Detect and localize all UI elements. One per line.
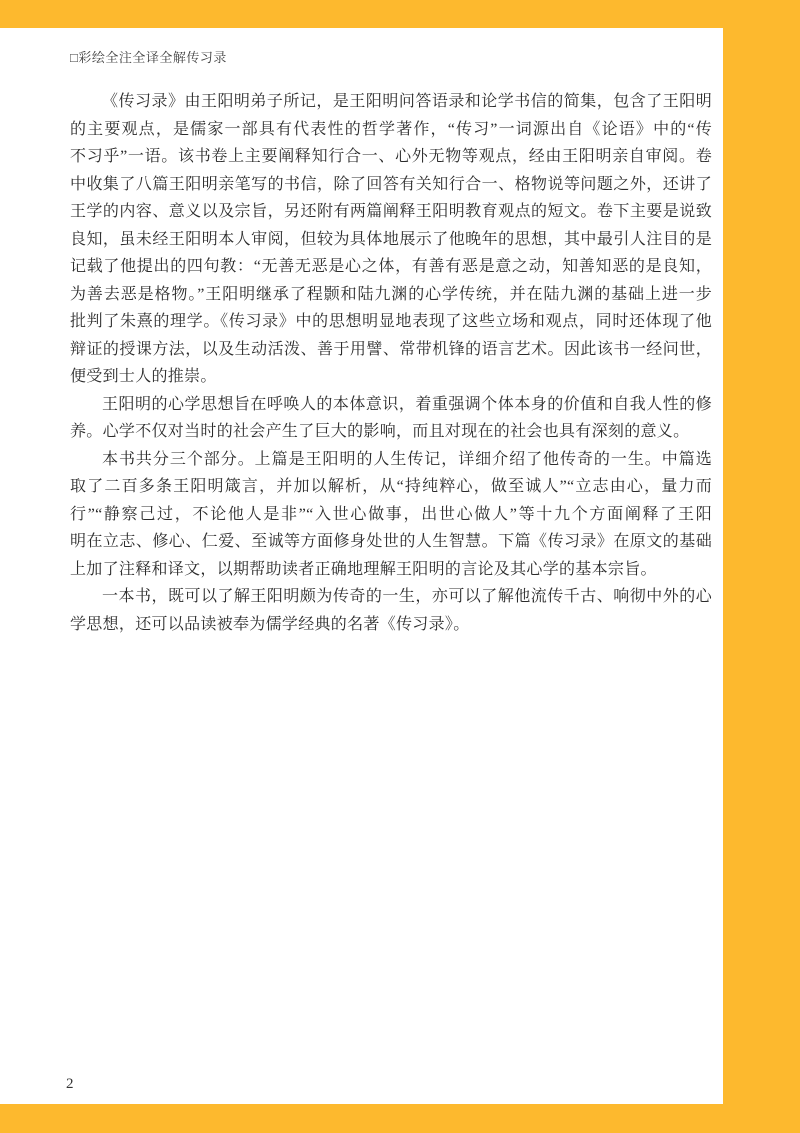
text-line: 养。心学不仅对当时的社会产生了巨大的影响，而且对现在的社会也具有深刻的意义。 <box>70 418 712 446</box>
text-line: 取了二百多条王阳明箴言，并加以解析，从“持纯粹心，做至诚人”“立志由心，量力而 <box>70 473 712 501</box>
text-line: 上加了注释和译文，以期帮助读者正确地理解王阳明的言论及其心学的基本宗旨。 <box>70 556 712 584</box>
text-line: 记载了他提出的四句教：“无善无恶是心之体，有善有恶是意之动，知善知恶的是良知， <box>70 253 712 281</box>
text-line: 辩证的授课方法，以及生动活泼、善于用譬、常带机锋的语言艺术。因此该书一经问世， <box>70 336 712 364</box>
text-line: 良知，虽未经王阳明本人审阅，但较为具体地展示了他晚年的思想，其中最引人注目的是 <box>70 226 712 254</box>
text-line: 不习乎”一语。该书卷上主要阐释知行合一、心外无物等观点，经由王阳明亲自审阅。卷 <box>70 143 712 171</box>
paragraph-summary: 一本书，既可以了解王阳明颇为传奇的一生，亦可以了解他流传千古、响彻中外的心 学思… <box>70 583 712 638</box>
book-page: □彩绘全注全译全解传习录 《传习录》由王阳明弟子所记，是王阳明问答语录和论学书信… <box>0 28 723 1104</box>
paragraph-xinxue: 王阳明的心学思想旨在呼唤人的本体意识，着重强调个体本身的价值和自我人性的修 养。… <box>70 391 712 446</box>
text-line: 王阳明的心学思想旨在呼唤人的本体意识，着重强调个体本身的价值和自我人性的修 <box>70 391 712 419</box>
text-line: 《传习录》由王阳明弟子所记，是王阳明问答语录和论学书信的简集，包含了王阳明 <box>70 88 712 116</box>
text-line: 便受到士人的推崇。 <box>70 363 712 391</box>
paragraph-intro: 《传习录》由王阳明弟子所记，是王阳明问答语录和论学书信的简集，包含了王阳明 的主… <box>70 88 712 391</box>
text-line: 行”“静察己过，不论他人是非”“入世心做事，出世心做人”等十九个方面阐释了王阳 <box>70 501 712 529</box>
text-line: 为善去恶是格物。”王阳明继承了程颢和陆九渊的心学传统，并在陆九渊的基础上进一步 <box>70 281 712 309</box>
text-line: 明在立志、修心、仁爱、至诚等方面修身处世的人生智慧。下篇《传习录》在原文的基础 <box>70 528 712 556</box>
paragraph-book-structure: 本书共分三个部分。上篇是王阳明的人生传记，详细介绍了他传奇的一生。中篇选 取了二… <box>70 446 712 584</box>
text-line: 一本书，既可以了解王阳明颇为传奇的一生，亦可以了解他流传千古、响彻中外的心 <box>70 583 712 611</box>
page-content: 《传习录》由王阳明弟子所记，是王阳明问答语录和论学书信的简集，包含了王阳明 的主… <box>70 88 712 638</box>
text-line: 王学的内容、意义以及宗旨，另还附有两篇阐释王阳明教育观点的短文。卷下主要是说致 <box>70 198 712 226</box>
text-line: 的主要观点，是儒家一部具有代表性的哲学著作，“传习”一词源出自《论语》中的“传 <box>70 116 712 144</box>
text-line: 批判了朱熹的理学。《传习录》中的思想明显地表现了这些立场和观点，同时还体现了他 <box>70 308 712 336</box>
text-line: 本书共分三个部分。上篇是王阳明的人生传记，详细介绍了他传奇的一生。中篇选 <box>70 446 712 474</box>
page-number: 2 <box>66 1076 74 1093</box>
running-header: □彩绘全注全译全解传习录 <box>70 47 227 66</box>
book-page-frame: □彩绘全注全译全解传习录 《传习录》由王阳明弟子所记，是王阳明问答语录和论学书信… <box>0 0 800 1133</box>
text-line: 中收集了八篇王阳明亲笔写的书信，除了回答有关知行合一、格物说等问题之外，还讲了 <box>70 171 712 199</box>
text-line: 学思想，还可以品读被奉为儒学经典的名著《传习录》。 <box>70 611 712 639</box>
